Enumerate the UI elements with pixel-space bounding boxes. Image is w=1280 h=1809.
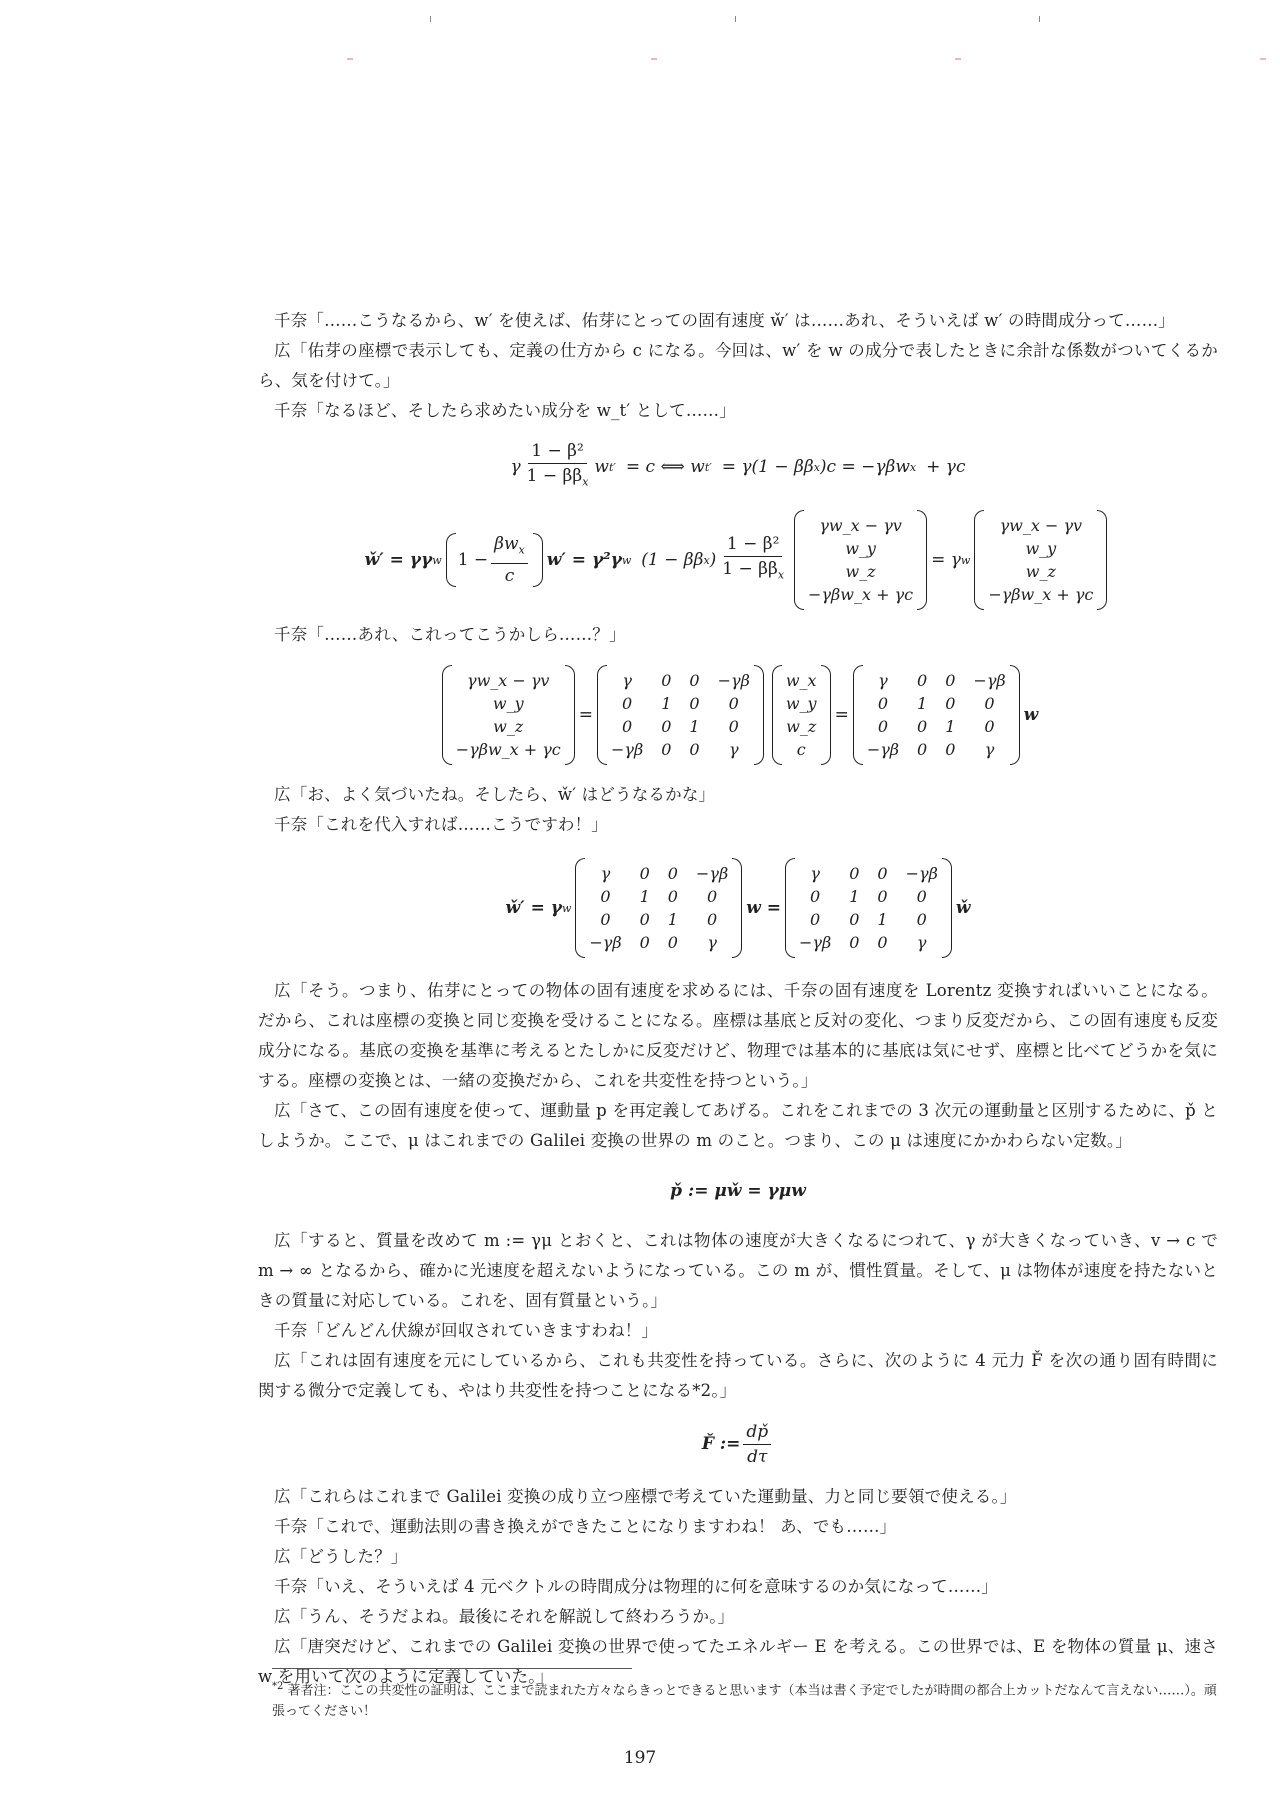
- matrix-entry: 0: [867, 715, 899, 738]
- matrix-entry: −γβ: [867, 738, 899, 761]
- page-number: 197: [0, 1748, 1280, 1768]
- matrix-entry: γ: [799, 862, 831, 885]
- dialogue-text: 「どうした？」: [291, 1547, 408, 1566]
- denominator: 1 − ββ: [722, 559, 778, 579]
- matrix-entry: −γβ: [973, 669, 1005, 692]
- dialogue-text: 「すると、質量を改めて m := γμ とおくと、これは物体の速度が大きくなるに…: [258, 1231, 1218, 1310]
- speaker: 広: [274, 785, 291, 804]
- matrix-entry: γ: [589, 862, 621, 885]
- math: 1 −: [458, 550, 488, 570]
- matrix-entry: 0: [589, 885, 621, 908]
- matrix-entry: −γβ: [611, 738, 643, 761]
- matrix-entry: 0: [611, 715, 643, 738]
- matrix-entry: 0: [867, 692, 899, 715]
- matrix-entry: 0: [945, 738, 955, 761]
- dialogue-text: 「そう。つまり、佑芽にとっての物体の固有速度を求めるには、千奈の固有速度を Lo…: [258, 981, 1218, 1090]
- matrix-entry: 1: [877, 908, 887, 931]
- math: = γ: [931, 550, 961, 570]
- dialogue-paragraph: 千奈「……こうなるから、w′ を使えば、佑芽にとっての固有速度 w̌′ は……あ…: [258, 306, 1218, 336]
- vector-entry: w_z: [456, 715, 561, 738]
- vector-entry: w_z: [808, 560, 913, 583]
- dialogue-text: 「……こうなるから、w′ を使えば、佑芽にとっての固有速度 w̌′ は……あれ、…: [307, 311, 1175, 330]
- math: w̌′ = γ: [506, 898, 562, 918]
- math: =: [835, 705, 849, 725]
- matrix-entry: 0: [689, 669, 699, 692]
- matrix-entry: γ: [867, 669, 899, 692]
- equation-proper-velocity: w̌′ = γγw 1 − βwx c w′ = γ²γw (1 − ββx) …: [258, 506, 1218, 614]
- column-vector: w_x w_y w_z c: [772, 665, 831, 765]
- math: + γc: [926, 457, 965, 477]
- subscript: w: [622, 554, 631, 567]
- dialogue-text: 「お、よく気づいたね。そしたら、w̌′ はどうなるかな」: [291, 785, 716, 804]
- vector-entry: γw_x − γv: [808, 514, 913, 537]
- math: w: [1024, 705, 1039, 725]
- matrix-entry: 0: [640, 908, 650, 931]
- math: ): [710, 550, 717, 570]
- numerator: 1 − β²: [724, 533, 783, 557]
- matrix-entry: 1: [849, 885, 859, 908]
- matrix-entry: 0: [973, 715, 1005, 738]
- matrix-entry: 0: [917, 738, 927, 761]
- matrix-entry: 0: [799, 885, 831, 908]
- subscript: x: [582, 476, 588, 489]
- vector-entry: γw_x − γv: [988, 514, 1093, 537]
- column-vector: γw_x − γv w_y w_z −γβw_x + γc: [974, 510, 1107, 610]
- lorentz-matrix: γ00−γβ 0100 0010 −γβ00γ: [575, 858, 742, 958]
- matrix-entry: 0: [799, 908, 831, 931]
- subscript: x: [910, 461, 916, 474]
- dialogue-text: 「どんどん伏線が回収されていきますわね！」: [307, 1321, 658, 1340]
- matrix-entry: 0: [945, 669, 955, 692]
- vector-entry: w_z: [786, 715, 817, 738]
- matrix-entry: 0: [849, 862, 859, 885]
- vector-entry: w_y: [786, 692, 817, 715]
- numerator: 1 − β²: [528, 440, 587, 464]
- dialogue-paragraph: 千奈「どんどん伏線が回収されていきますわね！」: [258, 1316, 1218, 1346]
- math: = c ⟺ w: [626, 457, 705, 477]
- subscript: w: [961, 554, 970, 567]
- speaker: 広: [274, 1607, 291, 1626]
- speaker: 広: [274, 981, 291, 1000]
- dialogue-paragraph: 千奈「……あれ、これってこうかしら……？」: [258, 620, 1218, 650]
- dialogue-paragraph: 広「どうした？」: [258, 1542, 1218, 1572]
- vector-entry: γw_x − γv: [456, 669, 561, 692]
- matrix-entry: γ: [696, 931, 728, 954]
- matrix-entry: −γβ: [696, 862, 728, 885]
- dialogue-text: 「佑芽の座標で表示しても、定義の仕方から c になる。今回は、w′ を w の成…: [258, 341, 1218, 390]
- subscript: t′: [609, 461, 616, 474]
- dialogue-paragraph: 広「お、よく気づいたね。そしたら、w̌′ はどうなるかな」: [258, 780, 1218, 810]
- column-vector: γw_x − γv w_y w_z −γβw_x + γc: [442, 665, 575, 765]
- matrix-entry: 0: [917, 715, 927, 738]
- footnote: *2 著者注：ここの共変性の証明は、ここまで読まれた方々ならきっとできると思いま…: [272, 1676, 1222, 1722]
- matrix-entry: 0: [877, 862, 887, 885]
- page-body: 千奈「……こうなるから、w′ を使えば、佑芽にとっての固有速度 w̌′ は……あ…: [258, 306, 1218, 1692]
- subscript: t′: [705, 461, 712, 474]
- equation-transformed-velocity: w̌′ = γw γ00−γβ 0100 0010 −γβ00γ w = γ00…: [258, 846, 1218, 970]
- dialogue-text: 「なるほど、そしたら求めたい成分を w_t′ として……」: [307, 401, 736, 420]
- speaker: 広: [274, 1637, 291, 1656]
- dialogue-paragraph: 千奈「これを代入すれば……こうですわ！」: [258, 810, 1218, 840]
- math: p̌ := μw̌ = γμw: [670, 1181, 806, 1201]
- matrix-entry: 0: [877, 885, 887, 908]
- matrix-entry: −γβ: [718, 669, 750, 692]
- lorentz-matrix: γ00−γβ 0100 0010 −γβ00γ: [853, 665, 1020, 765]
- scan-mark: [1039, 16, 1040, 22]
- scan-mark: [735, 16, 736, 22]
- speaker: 広: [274, 1231, 291, 1250]
- math: w =: [746, 898, 781, 918]
- dialogue-text: 「いえ、そういえば 4 元ベクトルの時間成分は物理的に何を意味するのか気になって…: [307, 1577, 998, 1596]
- matrix-entry: 0: [640, 931, 650, 954]
- lorentz-matrix: γ00−γβ 0100 0010 −γβ00γ: [597, 665, 764, 765]
- matrix-entry: 0: [696, 908, 728, 931]
- dialogue-paragraph: 千奈「これで、運動法則の書き換えができたことになりますわね！ あ、でも……」: [258, 1512, 1218, 1542]
- speaker: 千奈: [274, 311, 307, 330]
- matrix-entry: 1: [945, 715, 955, 738]
- matrix-entry: 0: [589, 908, 621, 931]
- dialogue-paragraph: 広「これらはこれまで Galilei 変換の成り立つ座標で考えていた運動量、力と…: [258, 1482, 1218, 1512]
- matrix-entry: 1: [640, 885, 650, 908]
- vector-entry: w_z: [988, 560, 1093, 583]
- matrix-entry: 0: [696, 885, 728, 908]
- matrix-entry: −γβ: [906, 862, 938, 885]
- speaker: 広: [274, 1487, 291, 1506]
- dialogue-paragraph: 広「これは固有速度を元にしているから、これも共変性を持っている。さらに、次のよう…: [258, 1346, 1218, 1406]
- lorentz-matrix: γ00−γβ 0100 0010 −γβ00γ: [785, 858, 952, 958]
- matrix-entry: 0: [906, 885, 938, 908]
- speaker: 千奈: [274, 1321, 307, 1340]
- vector-entry: w_y: [456, 692, 561, 715]
- fraction: βwx c: [491, 533, 528, 586]
- vector-entry: −γβw_x + γc: [988, 583, 1093, 606]
- numerator: βw: [494, 534, 518, 554]
- dialogue-text: 「さて、この固有速度を使って、運動量 p を再定義してあげる。これをこれまでの …: [258, 1101, 1218, 1150]
- matrix-entry: 1: [917, 692, 927, 715]
- speaker: 広: [274, 341, 291, 360]
- math: w: [594, 457, 609, 477]
- matrix-entry: 0: [945, 692, 955, 715]
- speaker: 広: [274, 1351, 291, 1370]
- dialogue-paragraph: 千奈「なるほど、そしたら求めたい成分を w_t′ として……」: [258, 396, 1218, 426]
- scan-mark: [651, 58, 657, 60]
- equation-lorentz-matrix: γw_x − γv w_y w_z −γβw_x + γc = γ00−γβ 0…: [258, 656, 1218, 774]
- speaker: 千奈: [274, 815, 307, 834]
- matrix-entry: γ: [973, 738, 1005, 761]
- subscript: w: [432, 554, 441, 567]
- denominator: dτ: [744, 1445, 770, 1468]
- numerator: dp̌: [743, 1421, 771, 1445]
- subscript: x: [778, 569, 784, 582]
- column-vector: γw_x − γv w_y w_z −γβw_x + γc: [794, 510, 927, 610]
- equation-four-force: F̌ := dp̌ dτ: [258, 1412, 1218, 1476]
- speaker: 広: [274, 1101, 291, 1120]
- matrix-entry: 0: [718, 715, 750, 738]
- math: w̌: [956, 898, 971, 918]
- math: w′ = γ²γ: [547, 550, 622, 570]
- math: w̌′ = γγ: [365, 550, 433, 570]
- subscript: x: [519, 544, 525, 557]
- matrix-entry: γ: [718, 738, 750, 761]
- vector-entry: c: [786, 738, 817, 761]
- speaker: 広: [274, 1547, 291, 1566]
- matrix-entry: 0: [661, 738, 671, 761]
- matrix-entry: 1: [661, 692, 671, 715]
- matrix-entry: 0: [973, 692, 1005, 715]
- matrix-entry: γ: [611, 669, 643, 692]
- dialogue-paragraph: 広「うん、そうだよね。最後にそれを解説して終わろうか。」: [258, 1602, 1218, 1632]
- matrix-entry: 0: [877, 931, 887, 954]
- math: F̌ :=: [702, 1434, 741, 1454]
- speaker: 千奈: [274, 401, 307, 420]
- speaker: 千奈: [274, 1517, 307, 1536]
- vector-entry: −γβw_x + γc: [808, 583, 913, 606]
- dialogue-text: 「これを代入すれば……こうですわ！」: [307, 815, 608, 834]
- matrix-entry: 0: [661, 715, 671, 738]
- dialogue-text: 「これは固有速度を元にしているから、これも共変性を持っている。さらに、次のように…: [258, 1351, 1218, 1400]
- fraction: 1 − β² 1 − ββx: [524, 440, 592, 493]
- matrix-entry: −γβ: [799, 931, 831, 954]
- matrix-entry: γ: [906, 931, 938, 954]
- math: (1 − ββ: [641, 550, 703, 570]
- dialogue-paragraph: 広「佑芽の座標で表示しても、定義の仕方から c になる。今回は、w′ を w の…: [258, 336, 1218, 396]
- dialogue-text: 「これで、運動法則の書き換えができたことになりますわね！ あ、でも……」: [307, 1517, 896, 1536]
- matrix-entry: 1: [689, 715, 699, 738]
- matrix-entry: 0: [906, 908, 938, 931]
- dialogue-text: 「これらはこれまで Galilei 変換の成り立つ座標で考えていた運動量、力と同…: [291, 1487, 1017, 1506]
- footnote-rule: [272, 1668, 632, 1669]
- matrix-entry: 0: [611, 692, 643, 715]
- equation-four-momentum: p̌ := μw̌ = γμw: [258, 1162, 1218, 1220]
- vector-entry: −γβw_x + γc: [456, 738, 561, 761]
- matrix-entry: 0: [668, 931, 678, 954]
- matrix-entry: 0: [661, 669, 671, 692]
- matrix-entry: 0: [668, 885, 678, 908]
- dialogue-paragraph: 広「そう。つまり、佑芽にとっての物体の固有速度を求めるには、千奈の固有速度を L…: [258, 976, 1218, 1096]
- denominator: 1 − ββ: [527, 466, 583, 486]
- math: γ: [511, 457, 521, 477]
- dialogue-paragraph: 広「すると、質量を改めて m := γμ とおくと、これは物体の速度が大きくなる…: [258, 1226, 1218, 1316]
- matrix-entry: 0: [917, 669, 927, 692]
- matrix-entry: 0: [718, 692, 750, 715]
- scan-mark: [430, 16, 431, 22]
- math: )c = −γβw: [820, 457, 910, 477]
- scan-mark: [347, 58, 353, 60]
- matrix-entry: 1: [668, 908, 678, 931]
- dialogue-text: 「……あれ、これってこうかしら……？」: [307, 625, 625, 644]
- fraction: dp̌ dτ: [743, 1421, 771, 1468]
- parentheses: 1 − βwx c: [446, 533, 543, 586]
- math: = γ(1 − ββ: [722, 457, 814, 477]
- scan-mark: [1260, 58, 1266, 60]
- matrix-entry: 0: [689, 692, 699, 715]
- dialogue-paragraph: 千奈「いえ、そういえば 4 元ベクトルの時間成分は物理的に何を意味するのか気にな…: [258, 1572, 1218, 1602]
- matrix-entry: 0: [689, 738, 699, 761]
- subscript: w: [562, 902, 571, 915]
- denominator: c: [502, 564, 518, 587]
- footnote-marker: *2: [272, 1681, 283, 1692]
- matrix-entry: 0: [849, 908, 859, 931]
- matrix-entry: 0: [849, 931, 859, 954]
- speaker: 千奈: [274, 1577, 307, 1596]
- vector-entry: w_y: [988, 537, 1093, 560]
- math: =: [579, 705, 593, 725]
- matrix-entry: −γβ: [589, 931, 621, 954]
- vector-entry: w_y: [808, 537, 913, 560]
- equation-time-component: γ 1 − β² 1 − ββx wt′ = c ⟺ wt′ = γ(1 − β…: [258, 434, 1218, 500]
- dialogue-paragraph: 広「さて、この固有速度を使って、運動量 p を再定義してあげる。これをこれまでの…: [258, 1096, 1218, 1156]
- speaker: 千奈: [274, 625, 307, 644]
- fraction: 1 − β² 1 − ββx: [719, 533, 787, 586]
- dialogue-text: 「うん、そうだよね。最後にそれを解説して終わろうか。」: [291, 1607, 735, 1626]
- footnote-text: 著者注：ここの共変性の証明は、ここまで読まれた方々ならきっとできると思います（本…: [272, 1683, 1217, 1719]
- matrix-entry: 0: [668, 862, 678, 885]
- scan-mark: [955, 58, 961, 60]
- matrix-entry: 0: [640, 862, 650, 885]
- vector-entry: w_x: [786, 669, 817, 692]
